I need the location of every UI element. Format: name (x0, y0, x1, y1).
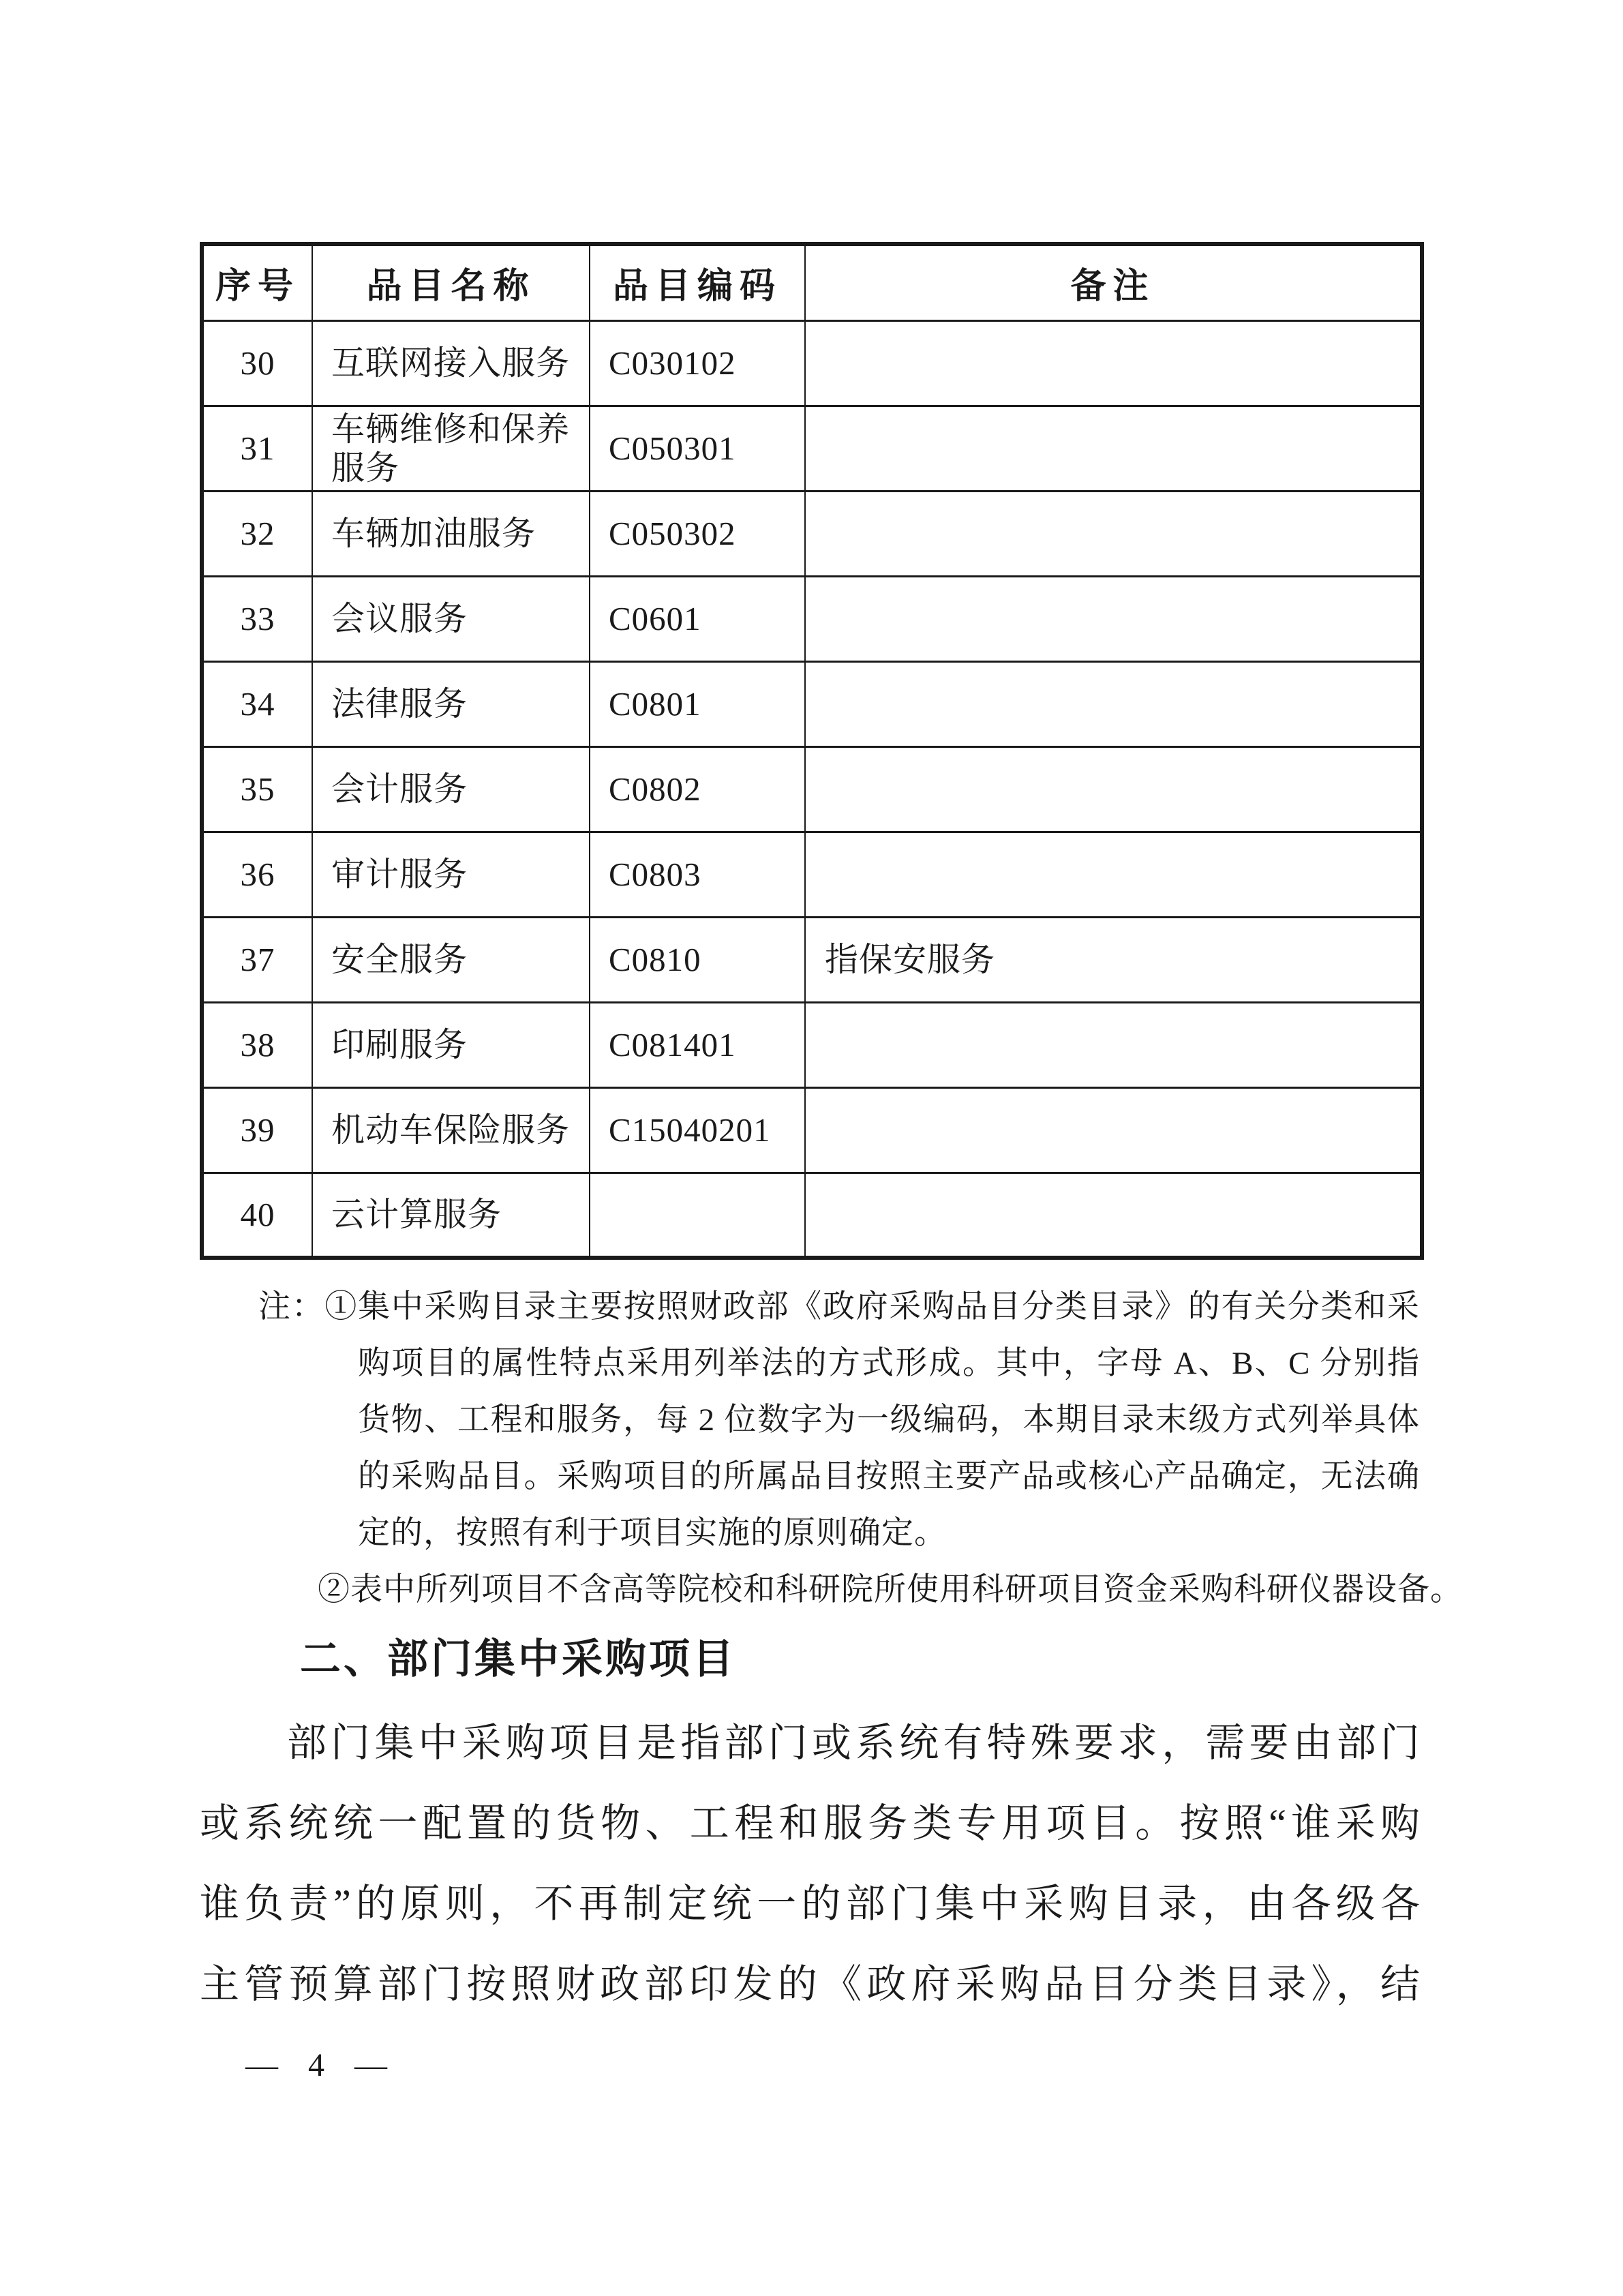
row-item-code: C0801 (590, 661, 805, 746)
row-item-code: C081401 (590, 1002, 805, 1087)
document-page: 序号 品目名称 品目编码 备注 30互联网接入服务C03010231车辆维修和保… (0, 0, 1623, 2296)
row-serial: 36 (202, 832, 312, 917)
row-item-code: C030102 (590, 320, 805, 406)
row-item-code: C050302 (590, 491, 805, 576)
row-serial: 30 (202, 320, 312, 406)
table-body: 30互联网接入服务C03010231车辆维修和保养服务C05030132车辆加油… (202, 320, 1422, 1258)
table-row: 34法律服务C0801 (202, 661, 1422, 746)
row-item-name: 安全服务 (312, 917, 590, 1002)
table-row: 33会议服务C0601 (202, 576, 1422, 661)
row-remark (805, 1002, 1422, 1087)
row-item-name: 云计算服务 (312, 1173, 590, 1258)
row-serial: 40 (202, 1173, 312, 1258)
row-remark (805, 832, 1422, 917)
note-line: 的采购品目。采购项目的所属品目按照主要产品或核心产品确定，无法确 (358, 1449, 1420, 1505)
row-remark (805, 406, 1422, 491)
row-serial: 37 (202, 917, 312, 1002)
row-item-name: 印刷服务 (312, 1002, 590, 1087)
row-serial: 33 (202, 576, 312, 661)
table-row: 35会计服务C0802 (202, 746, 1422, 832)
table-row: 38印刷服务C081401 (202, 1002, 1422, 1087)
note-line: 货物、工程和服务，每 2 位数字为一级编码，本期目录末级方式列举具体 (358, 1392, 1420, 1449)
row-remark: 指保安服务 (805, 917, 1422, 1002)
row-remark (805, 320, 1422, 406)
row-remark (805, 576, 1422, 661)
row-item-name: 会议服务 (312, 576, 590, 661)
procurement-table: 序号 品目名称 品目编码 备注 30互联网接入服务C03010231车辆维修和保… (200, 242, 1424, 1260)
row-item-name: 审计服务 (312, 832, 590, 917)
row-serial: 39 (202, 1087, 312, 1173)
table-row: 40云计算服务 (202, 1173, 1422, 1258)
row-remark (805, 661, 1422, 746)
row-serial: 38 (202, 1002, 312, 1087)
row-item-code: C0802 (590, 746, 805, 832)
col-header-remark: 备注 (805, 244, 1422, 320)
table-header-row: 序号 品目名称 品目编码 备注 (202, 244, 1422, 320)
row-item-code: C0601 (590, 576, 805, 661)
table-row: 31车辆维修和保养服务C050301 (202, 406, 1422, 491)
row-remark (805, 746, 1422, 832)
row-serial: 32 (202, 491, 312, 576)
row-item-name: 互联网接入服务 (312, 320, 590, 406)
note-line: 购项目的属性特点采用列举法的方式形成。其中，字母 A、B、C 分别指 (358, 1335, 1420, 1392)
table-row: 37安全服务C0810指保安服务 (202, 917, 1422, 1002)
table-row: 36审计服务C0803 (202, 832, 1422, 917)
paragraph-line: 或系统统一配置的货物、工程和服务类专用项目。按照“谁采购 (200, 1783, 1420, 1864)
table-row: 32车辆加油服务C050302 (202, 491, 1422, 576)
row-item-code: C0810 (590, 917, 805, 1002)
col-header-item-code: 品目编码 (590, 244, 805, 320)
col-header-serial: 序号 (202, 244, 312, 320)
row-item-name: 会计服务 (312, 746, 590, 832)
paragraph-line: 主管预算部门按照财政部印发的《政府采购品目分类目录》，结 (200, 1944, 1420, 2025)
paragraph-line: 谁负责”的原则，不再制定统一的部门集中采购目录，由各级各 (200, 1864, 1420, 1944)
body-paragraph: 部门集中采购项目是指部门或系统有特殊要求，需要由部门或系统统一配置的货物、工程和… (200, 1703, 1420, 2025)
row-remark (805, 1173, 1422, 1258)
note-line: 定的，按照有利于项目实施的原则确定。 (358, 1505, 1420, 1562)
row-item-name: 法律服务 (312, 661, 590, 746)
row-remark (805, 1087, 1422, 1173)
row-serial: 31 (202, 406, 312, 491)
note-line: ②表中所列项目不含高等院校和科研院所使用科研项目资金采购科研仪器设备。 (318, 1562, 1420, 1618)
paragraph-line: 部门集中采购项目是指部门或系统有特殊要求，需要由部门 (287, 1703, 1420, 1783)
col-header-item-name: 品目名称 (312, 244, 590, 320)
section-heading: 二、部门集中采购项目 (300, 1635, 736, 1684)
row-item-name: 车辆维修和保养服务 (312, 406, 590, 491)
row-serial: 35 (202, 746, 312, 832)
row-remark (805, 491, 1422, 576)
notes-block: 注：①集中采购目录主要按照财政部《政府采购品目分类目录》的有关分类和采购项目的属… (200, 1279, 1420, 1618)
row-item-code (590, 1173, 805, 1258)
page-number: — 4 — (245, 2045, 398, 2086)
row-serial: 34 (202, 661, 312, 746)
row-item-name: 车辆加油服务 (312, 491, 590, 576)
note-line: 注：①集中采购目录主要按照财政部《政府采购品目分类目录》的有关分类和采 (258, 1279, 1420, 1335)
row-item-code: C0803 (590, 832, 805, 917)
table-row: 30互联网接入服务C030102 (202, 320, 1422, 406)
row-item-code: C15040201 (590, 1087, 805, 1173)
table-row: 39机动车保险服务C15040201 (202, 1087, 1422, 1173)
row-item-name: 机动车保险服务 (312, 1087, 590, 1173)
row-item-code: C050301 (590, 406, 805, 491)
